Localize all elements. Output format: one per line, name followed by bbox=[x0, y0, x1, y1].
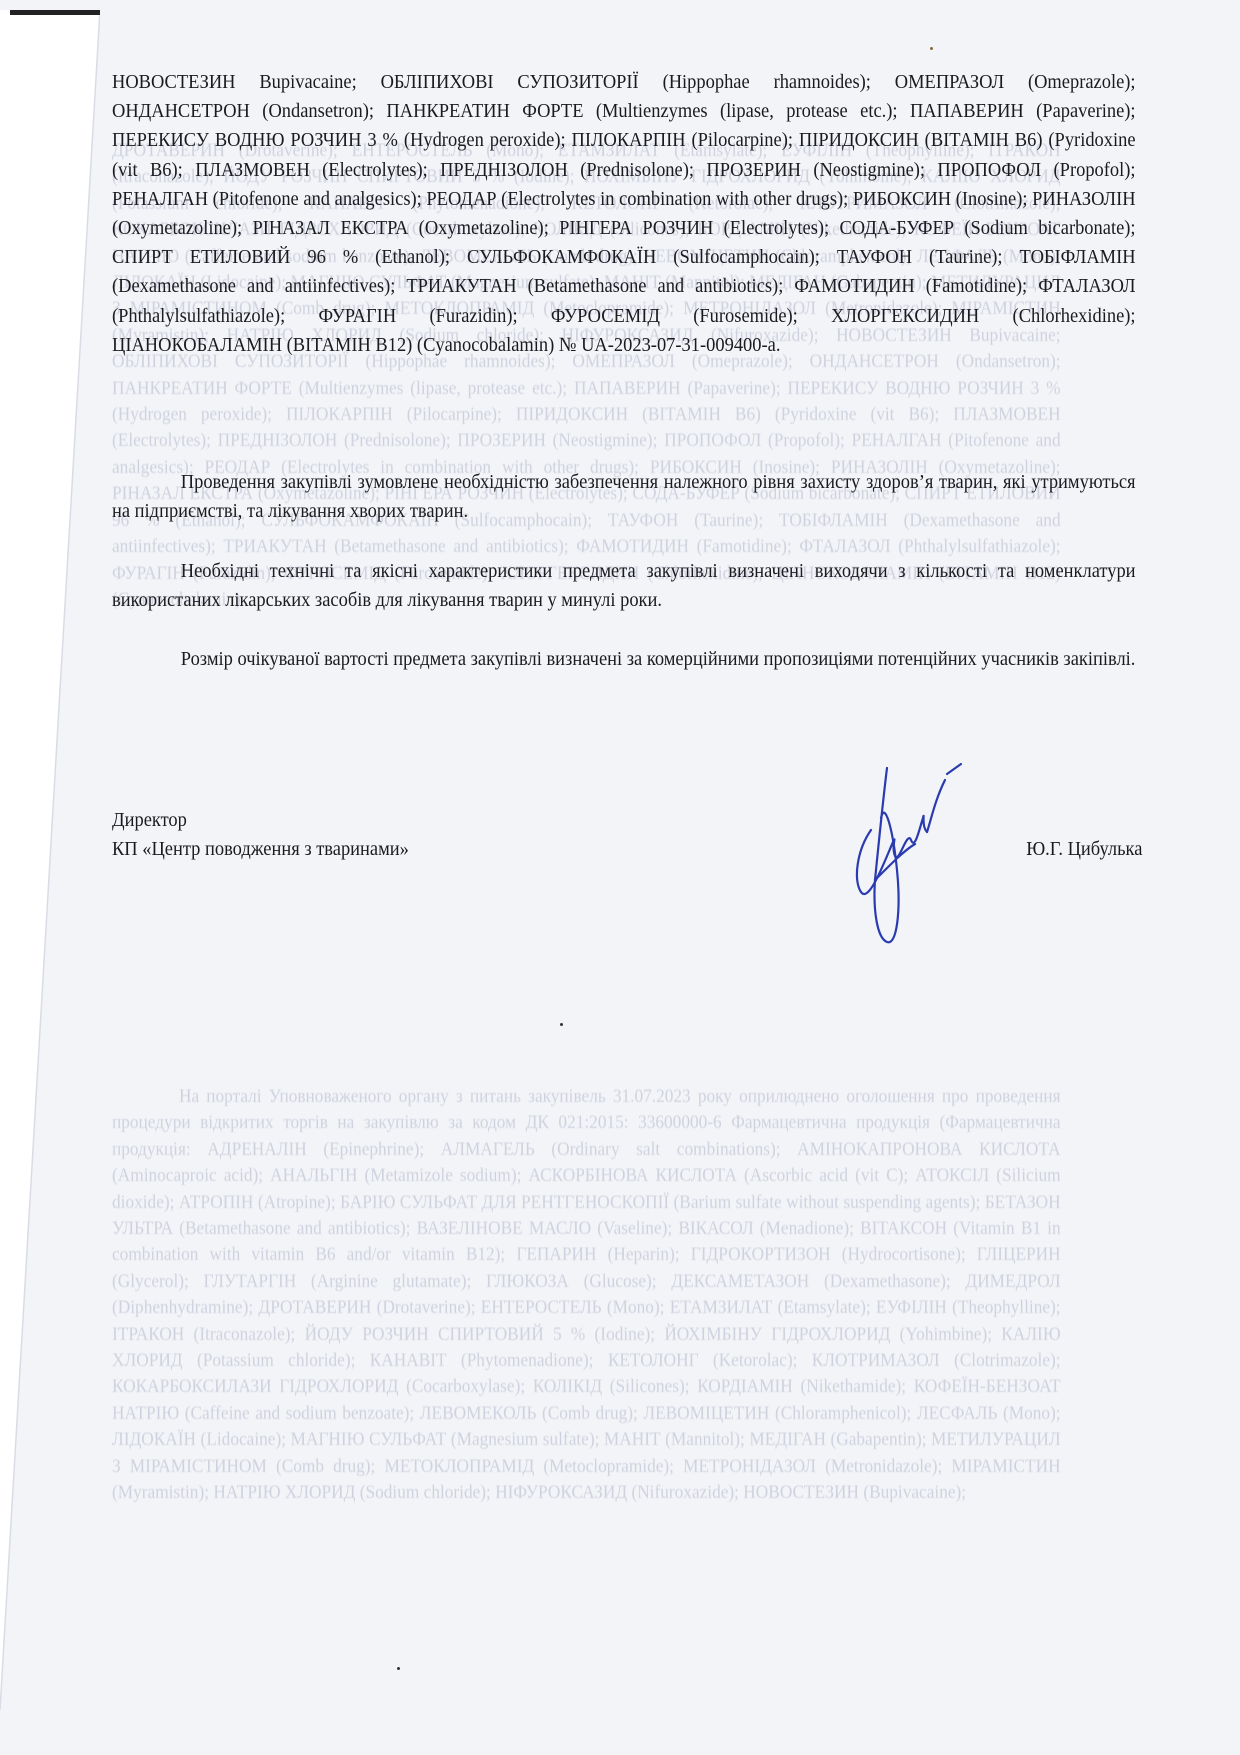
scan-edge-bar bbox=[10, 10, 100, 15]
signatory-name: Ю.Г. Цибулька bbox=[1026, 835, 1142, 864]
folded-corner-artifact bbox=[0, 10, 100, 1710]
drug-list-section: НОВОСТЕЗИН Bupivacaine; ОБЛІПИХОВІ СУПОЗ… bbox=[112, 68, 1136, 360]
scanned-page: ДРОТАВЕРИН (Drotaverine); ЕНТЕРОСТЕЛЬ (M… bbox=[0, 0, 1240, 1755]
signature-block: Директор КП «Центр поводження з тваринам… bbox=[112, 806, 1142, 864]
paragraph-cost: Розмір очікуваної вартості предмета заку… bbox=[112, 645, 1136, 674]
scan-speck bbox=[397, 1667, 400, 1670]
drug-list-continuation: НОВОСТЕЗИН Bupivacaine; ОБЛІПИХОВІ СУПОЗ… bbox=[112, 68, 1136, 360]
scan-speck bbox=[930, 47, 933, 50]
handwritten-signature bbox=[835, 760, 985, 950]
bleed-through-lower-text: На порталі Уповноваженого органу з питан… bbox=[112, 1084, 1061, 1507]
characteristics-section: Необхідні технічні та якісні характерист… bbox=[112, 557, 1136, 615]
paragraph-justification: Проведення закупівлі зумовлене необхідні… bbox=[112, 468, 1136, 526]
cost-section: Розмір очікуваної вартості предмета заку… bbox=[112, 645, 1136, 674]
justification-section: Проведення закупівлі зумовлене необхідні… bbox=[112, 468, 1136, 526]
paragraph-characteristics: Необхідні технічні та якісні характерист… bbox=[112, 557, 1136, 615]
bleed-through-lower: На порталі Уповноваженого органу з питан… bbox=[112, 1084, 1061, 1507]
scan-speck bbox=[560, 1023, 563, 1026]
